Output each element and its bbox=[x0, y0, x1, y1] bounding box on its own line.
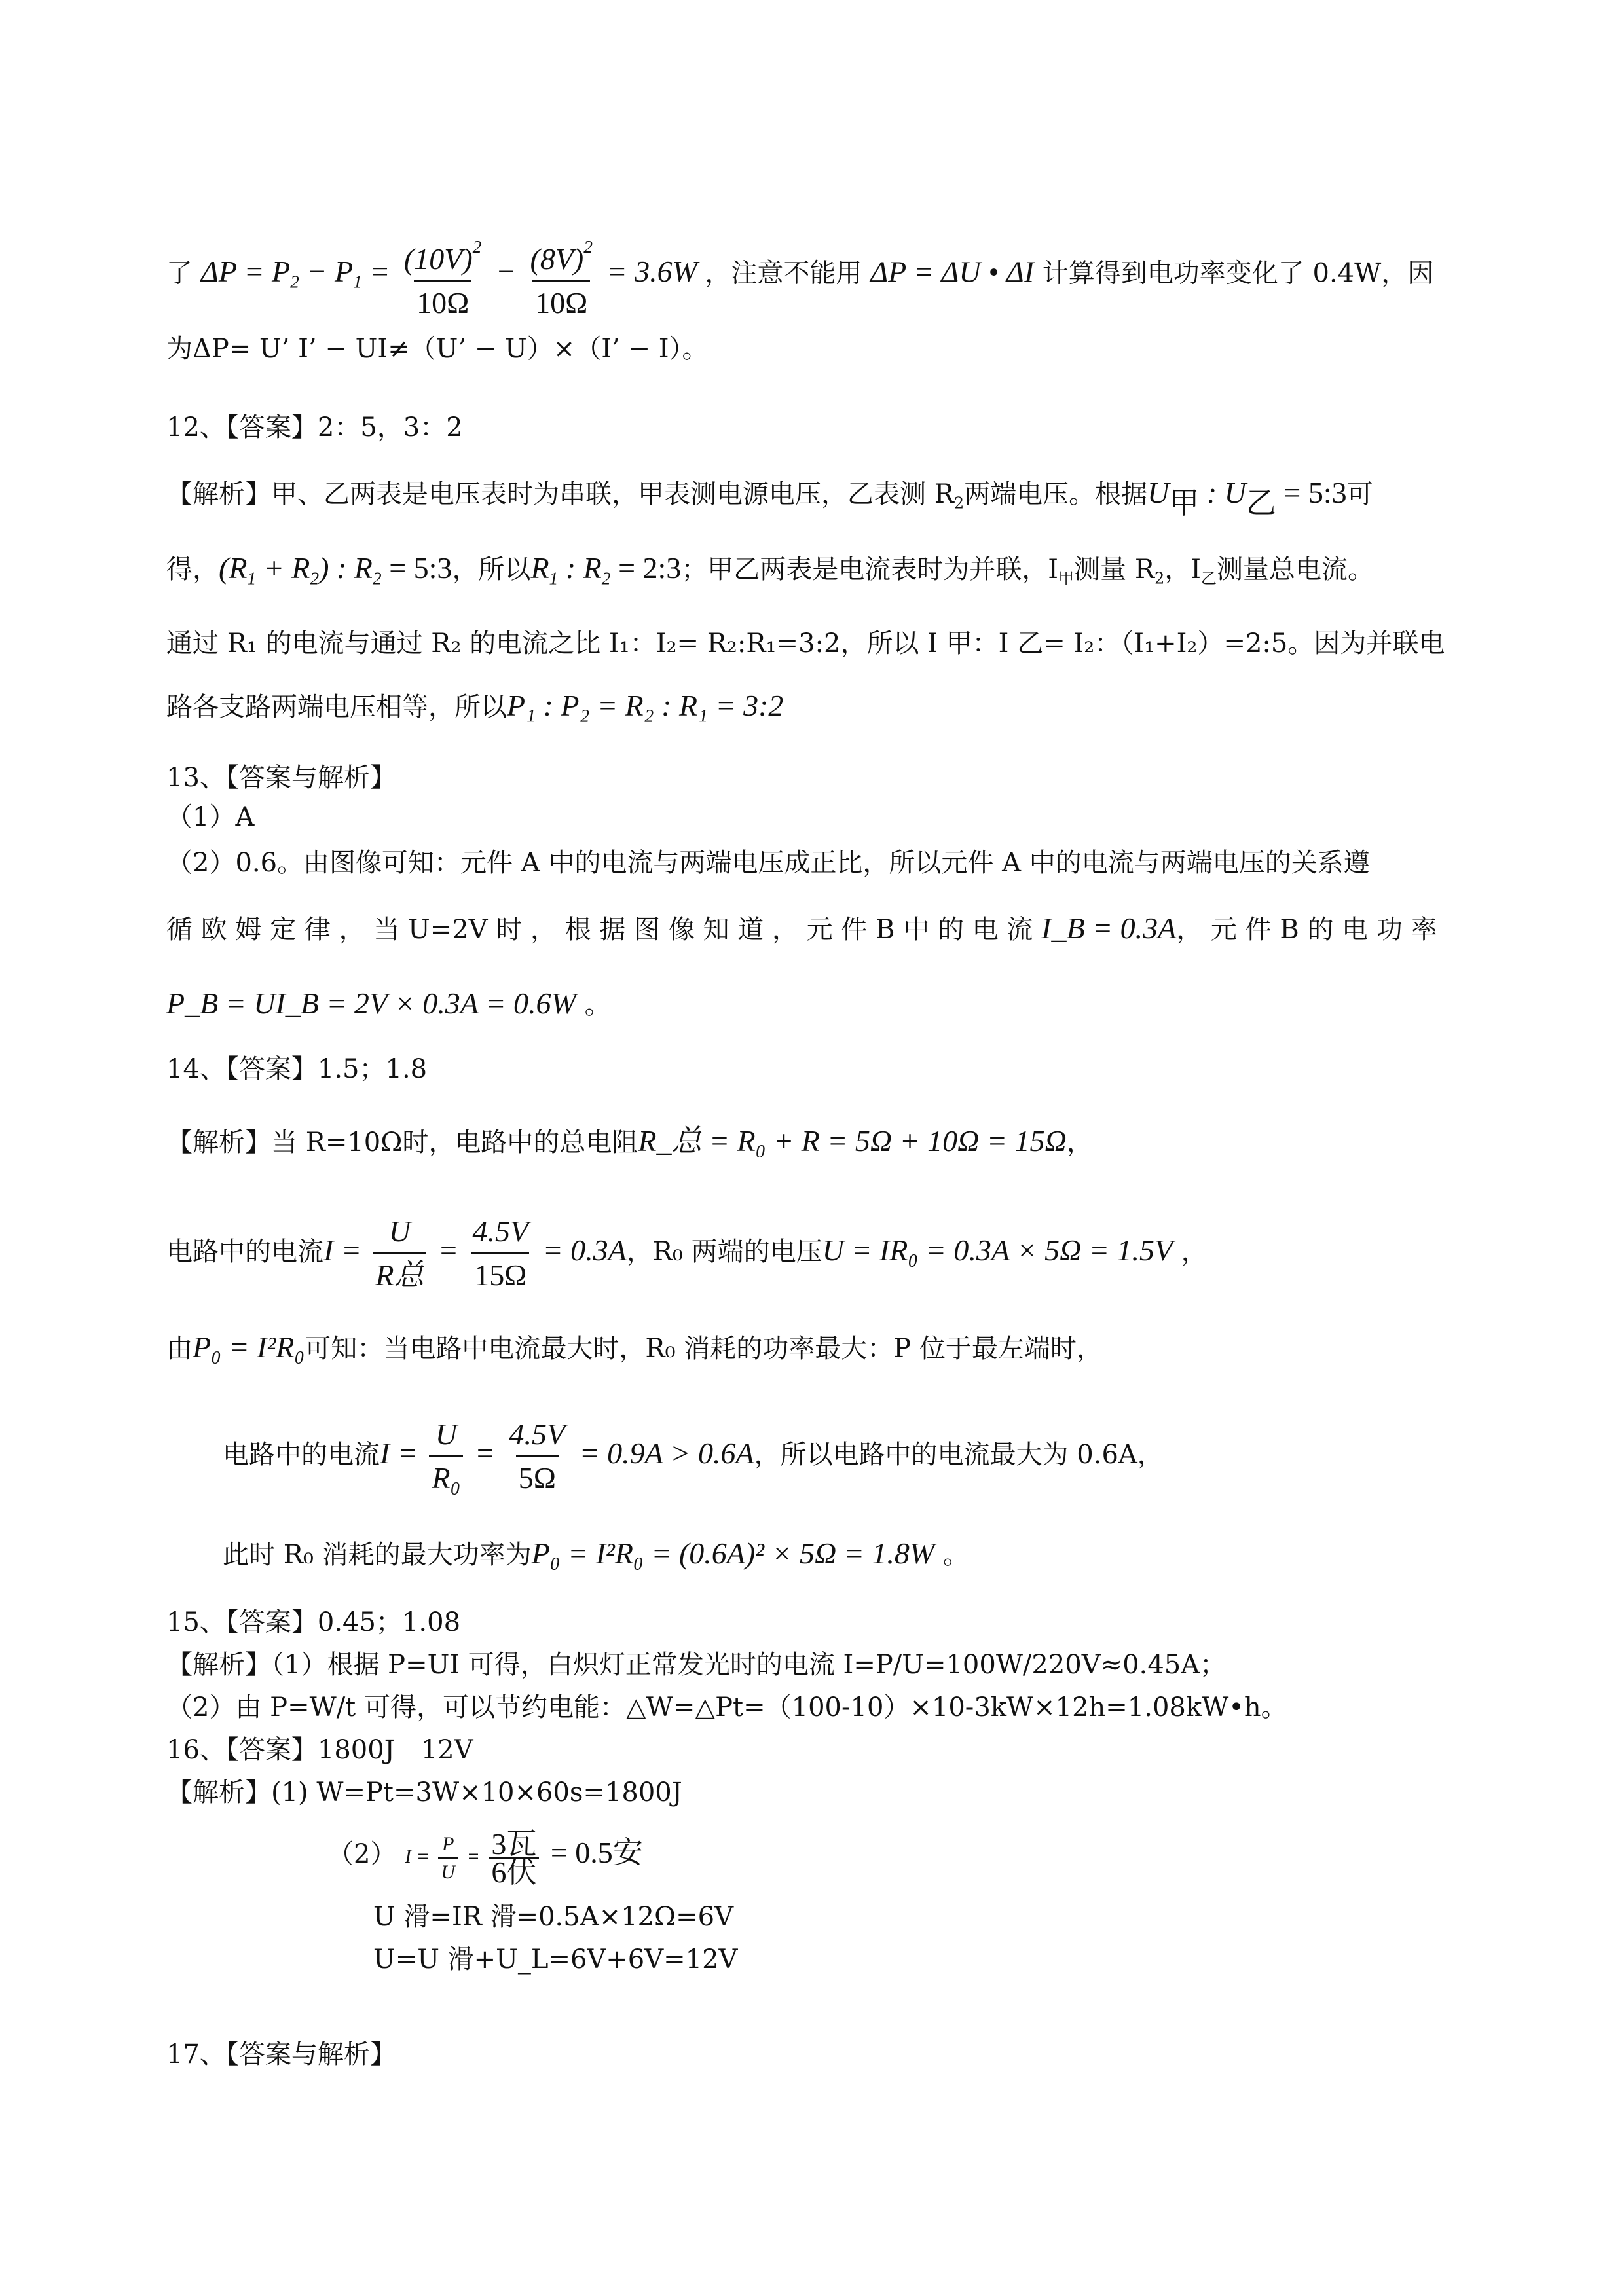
q16-part2: （2） I = PU = 3瓦6伏 = 0.5安 bbox=[327, 1817, 1467, 1893]
q13-part2-line1: （2）0.6。由图像可知：元件 A 中的电流与两端电压成正比，所以元件 A 中的… bbox=[166, 845, 1467, 881]
q13-heading: 13、【答案与解析】 bbox=[166, 759, 1467, 796]
q12-analysis-line4: 路各支路两端电压相等，所以P₁ : P₂ = R₂ : R₁ = 3:2 bbox=[166, 687, 1467, 725]
q12-analysis-line3: 通过 R₁ 的电流与通过 R₂ 的电流之比 I₁：I₂= R₂:R₁=3:2，所… bbox=[166, 625, 1467, 662]
q14-line2: 电路中的电流I = UR总 = 4.5V15Ω = 0.3A，R₀ 两端的电压U… bbox=[166, 1205, 1467, 1298]
q13-part1: （1）A bbox=[166, 799, 1467, 835]
q14-line1: 【解析】当 R=10Ω时，电路中的总电阻R_总 = R₀ + R = 5Ω + … bbox=[166, 1123, 1467, 1161]
q16-heading: 16、【答案】1800J 12V bbox=[166, 1732, 1467, 1768]
q14-heading: 14、【答案】1.5；1.8 bbox=[166, 1051, 1467, 1087]
delta-p-formula: ΔP = P2 − P1 = (10V)210Ω − (8V)210Ω = 3.… bbox=[201, 255, 705, 288]
q16-line4: U=U 滑+U_L=6V+6V=12V bbox=[373, 1941, 1467, 1978]
q15-heading: 15、【答案】0.45；1.08 bbox=[166, 1604, 1467, 1641]
q15-line1: 【解析】（1）根据 P=UI 可得，白炽灯正常发光时的电流 I=P/U=100W… bbox=[166, 1647, 1467, 1683]
text: 了 bbox=[166, 258, 193, 288]
q16-line3: U 滑=IR 滑=0.5A×12Ω=6V bbox=[373, 1899, 1467, 1935]
q11-line2: 为ΔP= U’ I’ − UI≠（U’ − U）×（I’ − I）。 bbox=[166, 331, 1467, 367]
q13-part2-line3: P_B = UI_B = 2V × 0.3A = 0.6W 。 bbox=[166, 985, 1467, 1023]
q15-line2: （2）由 P=W/t 可得，可以节约电能：△W=△Pt=（100-10）×10-… bbox=[166, 1689, 1467, 1726]
text: ，注意不能用 bbox=[705, 258, 862, 288]
q13-part2-line2: 循 欧 姆 定 律 ， 当 U=2V 时 ， 根 据 图 像 知 道 ， 元 件… bbox=[166, 910, 1467, 948]
q14-line5: 此时 R₀ 消耗的最大功率为P₀ = I²R₀ = (0.6A)² × 5Ω =… bbox=[223, 1535, 1467, 1573]
q16-line1: 【解析】(1) W=Pt=3W×10×60s=1800J bbox=[166, 1774, 1467, 1811]
text: 计算得到电功率变化了 0.4W，因 bbox=[1043, 258, 1433, 288]
q17-heading: 17、【答案与解析】 bbox=[166, 2036, 1467, 2073]
q12-heading: 12、【答案】2：5，3：2 bbox=[166, 409, 1467, 446]
q12-analysis-line1: 【解析】甲、乙两表是电压表时为串联，甲表测电源电压，乙表测 R2两端电压。根据U… bbox=[166, 475, 1467, 522]
q11-formula-line: 了 ΔP = P2 − P1 = (10V)210Ω − (8V)210Ω = … bbox=[166, 226, 1467, 328]
q12-analysis-line2: 得，(R1 + R2) : R2 = 5:3，所以R1 : R2 = 2:3；甲… bbox=[166, 550, 1467, 597]
q14-line3: 由P₀ = I²R₀可知：当电路中电流最大时，R₀ 消耗的功率最大：P 位于最左… bbox=[166, 1329, 1467, 1367]
document-page: 了 ΔP = P2 − P1 = (10V)210Ω − (8V)210Ω = … bbox=[0, 0, 1624, 2296]
delta-u-delta-i-formula: ΔP = ΔU • ΔI bbox=[870, 255, 1034, 288]
q14-line4: 电路中的电流I = UR₀ = 4.5V5Ω = 0.9A > 0.6A，所以电… bbox=[223, 1408, 1467, 1501]
